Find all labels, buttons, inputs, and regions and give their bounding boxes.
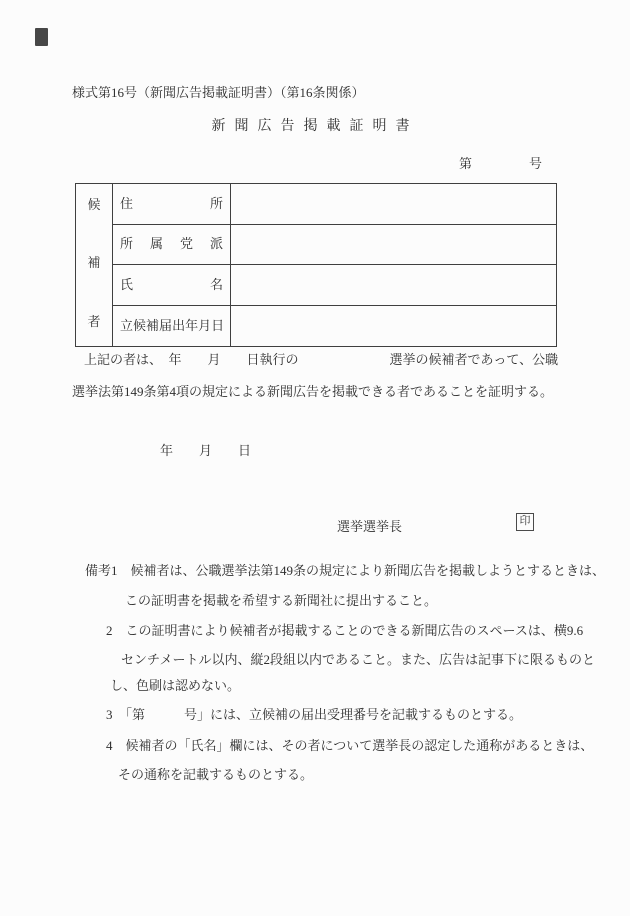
address-label: 住所 bbox=[113, 196, 230, 212]
issue-date-line: 年 月 日 bbox=[160, 443, 251, 459]
note-line-8: その通称を記載するものとする。 bbox=[118, 767, 313, 783]
name-label: 氏名 bbox=[113, 277, 230, 293]
certification-text-line2: 選挙法第149条第4項の規定による新聞広告を掲載できる者であることを証明する。 bbox=[72, 384, 553, 400]
certificate-number-prefix: 第 bbox=[459, 156, 472, 171]
certificate-number-line: 第号 bbox=[459, 156, 542, 172]
note-line-5: し、色刷は認めない。 bbox=[110, 678, 240, 694]
filing-date-value-cell bbox=[231, 306, 556, 347]
note-line-4: センチメートル以内、縦2段組以内であること。また、広告は記事下に限るものと bbox=[121, 652, 595, 668]
seal-character: 印 bbox=[520, 515, 531, 529]
document-page: 様式第16号（新聞広告掲載証明書）（第16条関係） 新聞広告掲載証明書 第号 候… bbox=[0, 0, 630, 916]
name-value-cell bbox=[231, 265, 556, 306]
document-title: 新聞広告掲載証明書 bbox=[0, 118, 630, 136]
form-number-label: 様式第16号（新聞広告掲載証明書）（第16条関係） bbox=[72, 85, 365, 101]
note-line-1: 備考1 候補者は、公職選挙法第149条の規定により新聞広告を掲載しようとするとき… bbox=[85, 563, 605, 579]
filing-date-label: 立候補届出年月日 bbox=[113, 318, 231, 334]
address-value-cell bbox=[231, 184, 556, 225]
certification-text-line1: 上記の者は、 年 月 日執行の 選挙の候補者であって、公職 bbox=[84, 352, 558, 368]
certificate-number-suffix: 号 bbox=[529, 156, 542, 171]
candidate-row-group-header: 候補者 bbox=[76, 184, 113, 346]
party-label: 所属党派 bbox=[113, 236, 230, 252]
address-label-cell: 住所 bbox=[113, 184, 231, 225]
filing-date-label-cell: 立候補届出年月日 bbox=[113, 306, 231, 347]
note-line-2: この証明書を掲載を希望する新聞社に提出すること。 bbox=[125, 593, 437, 609]
scan-artifact-mark bbox=[35, 28, 48, 46]
party-value-cell bbox=[231, 225, 556, 266]
party-label-cell: 所属党派 bbox=[113, 225, 231, 266]
note-line-7: 4 候補者の「氏名」欄には、その者について選挙長の認定した通称があるときは、 bbox=[106, 738, 593, 754]
election-officer-label: 選挙選挙長 bbox=[337, 519, 402, 535]
seal-box: 印 bbox=[516, 513, 534, 531]
note-line-3: 2 この証明書により候補者が掲載することのできる新聞広告のスペースは、横9.6 bbox=[106, 623, 583, 639]
candidate-info-table: 候補者 住所 所属党派 氏名 立候補届出年月日 bbox=[75, 183, 557, 347]
note-line-6: 3 「第 号」には、立候補の届出受理番号を記載するものとする。 bbox=[106, 707, 522, 723]
name-label-cell: 氏名 bbox=[113, 265, 231, 306]
